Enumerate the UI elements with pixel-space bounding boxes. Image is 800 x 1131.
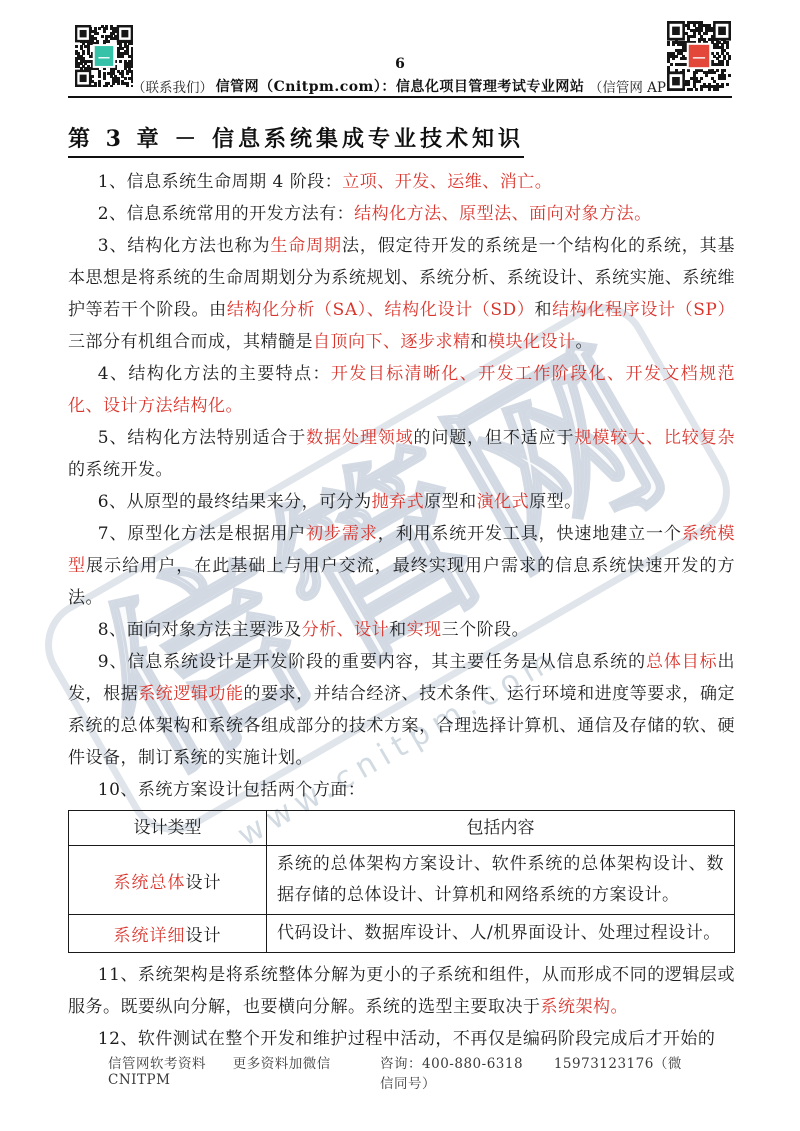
highlighted-term: 模块化设计 bbox=[488, 332, 576, 352]
text-run: 展示给用户，在此基础上与用户交流，最终实现用户需求的信息系统快速开发的方法。 bbox=[68, 556, 735, 608]
design-type-cell: 系统总体设计 bbox=[69, 846, 267, 915]
text-run: 的问题，但不适应于 bbox=[413, 428, 574, 448]
text-run: 三部分有机组合而成，其精髓是 bbox=[68, 332, 313, 352]
text-run: 5、结构化方法特别适合于 bbox=[98, 428, 306, 448]
text-run: 11、系统架构是将系统整体分解为更小的子系统和组件，从而形成不同的逻辑层或服务。… bbox=[68, 965, 735, 1017]
document-body: 第 3 章 － 信息系统集成专业技术知识 1、信息系统生命周期 4 阶段：立项、… bbox=[0, 0, 800, 1055]
highlighted-term: 结构化分析（SA）、结构化设计（SD） bbox=[227, 300, 535, 320]
paragraph-3: 3、结构化方法也称为生命周期法，假定待开发的系统是一个结构化的系统，其基本思想是… bbox=[68, 230, 735, 358]
text-run: 系统的总体架构方案设计、软件系统的总体架构设计、数据存储的总体设计、计算机和网络… bbox=[277, 854, 724, 905]
paragraph-4: 4、结构化方法的主要特点：开发目标清晰化、开发工作阶段化、开发文档规范化、设计方… bbox=[68, 358, 735, 422]
highlighted-term: 数据处理领域 bbox=[306, 428, 413, 448]
highlighted-term: 规模较大、比较复杂 bbox=[574, 428, 735, 448]
text-run: 7、原型化方法是根据用户 bbox=[98, 524, 306, 544]
text-run: 和 bbox=[534, 300, 552, 320]
design-types-table: 设计类型 包括内容 系统总体设计 系统的总体架构方案设计、软件系统的总体架构设计… bbox=[68, 810, 735, 953]
paragraph-8: 8、面向对象方法主要涉及分析、设计和实现三个阶段。 bbox=[68, 614, 735, 646]
text-run: 1、信息系统生命周期 4 阶段： bbox=[98, 172, 342, 192]
footer-right-block: 咨询：400-880-6318 15973123176（微信同号） bbox=[380, 1052, 692, 1092]
chapter-title: 第 3 章 － 信息系统集成专业技术知识 bbox=[68, 124, 524, 158]
included-content-cell: 系统的总体架构方案设计、软件系统的总体架构设计、数据存储的总体设计、计算机和网络… bbox=[267, 846, 735, 915]
text-run: 设计 bbox=[186, 926, 222, 946]
highlighted-term: 立项、开发、运维、消亡。 bbox=[342, 172, 552, 192]
highlighted-term: 自顶向下、逐步求精 bbox=[313, 332, 471, 352]
page-footer: 信管网软考资料 更多资料加微信 CNITPM 咨询：400-880-6318 1… bbox=[108, 1052, 692, 1092]
paragraph-1: 1、信息系统生命周期 4 阶段：立项、开发、运维、消亡。 bbox=[68, 166, 735, 198]
design-type-cell: 系统详细设计 bbox=[69, 915, 267, 953]
included-content-cell: 代码设计、数据库设计、人/机界面设计、处理过程设计。 bbox=[267, 915, 735, 953]
paragraph-10: 10、系统方案设计包括两个方面： bbox=[68, 774, 735, 806]
text-run: 三个阶段。 bbox=[442, 620, 530, 640]
paragraph-12: 12、软件测试在整个开发和维护过程中活动，不再仅是编码阶段完成后才开始的 bbox=[68, 1023, 735, 1055]
paragraph-9: 9、信息系统设计是开发阶段的重要内容，其主要任务是从信息系统的总体目标出发，根据… bbox=[68, 646, 735, 774]
text-run: 原型和 bbox=[424, 492, 477, 512]
text-run: 2、信息系统常用的开发方法有： bbox=[98, 204, 354, 224]
table-header-design-type: 设计类型 bbox=[69, 811, 267, 846]
table-header-included-content: 包括内容 bbox=[267, 811, 735, 846]
highlighted-term: 生命周期 bbox=[270, 236, 342, 256]
highlighted-term: 总体目标 bbox=[646, 652, 718, 672]
text-run: 9、信息系统设计是开发阶段的重要内容，其主要任务是从信息系统的 bbox=[98, 652, 646, 672]
footer-left-block: 信管网软考资料 更多资料加微信 CNITPM bbox=[108, 1052, 380, 1092]
text-run: 3、结构化方法也称为 bbox=[98, 236, 271, 256]
text-run: 4、结构化方法的主要特点： bbox=[98, 364, 331, 384]
text-run: 8、面向对象方法主要涉及 bbox=[98, 620, 302, 640]
text-run: 和 bbox=[389, 620, 407, 640]
text-run: ，利用系统开发工具，快速地建立一个 bbox=[378, 524, 682, 544]
highlighted-term: 系统总体 bbox=[114, 873, 186, 893]
footer-brand-text: 信管网软考资料 bbox=[108, 1056, 206, 1072]
highlighted-term: 结构化方法、原型法、面向对象方法。 bbox=[354, 204, 652, 224]
paragraph-6: 6、从原型的最终结果来分，可分为抛弃式原型和演化式原型。 bbox=[68, 486, 735, 518]
text-run: 原型。 bbox=[529, 492, 582, 512]
paragraphs-after-table: 11、系统架构是将系统整体分解为更小的子系统和组件，从而形成不同的逻辑层或服务。… bbox=[68, 959, 735, 1055]
highlighted-term: 分析、设计 bbox=[302, 620, 390, 640]
text-run: 。 bbox=[576, 332, 594, 352]
paragraph-5: 5、结构化方法特别适合于数据处理领域的问题，但不适应于规模较大、比较复杂的系统开… bbox=[68, 422, 735, 486]
document-page: （联系我们） 6 信管网（Cnitpm.com）：信息化项目管理考试专业网站 （… bbox=[0, 0, 800, 1131]
table-header-row: 设计类型 包括内容 bbox=[69, 811, 735, 846]
highlighted-term: 初步需求 bbox=[306, 524, 378, 544]
table-row-system-detailed-design: 系统详细设计 代码设计、数据库设计、人/机界面设计、处理过程设计。 bbox=[69, 915, 735, 953]
highlighted-term: 抛弃式 bbox=[372, 492, 425, 512]
table-row-system-overall-design: 系统总体设计 系统的总体架构方案设计、软件系统的总体架构设计、数据存储的总体设计… bbox=[69, 846, 735, 915]
paragraph-7: 7、原型化方法是根据用户初步需求，利用系统开发工具，快速地建立一个系统模型展示给… bbox=[68, 518, 735, 614]
text-run: 的系统开发。 bbox=[68, 460, 173, 480]
paragraphs-before-table: 1、信息系统生命周期 4 阶段：立项、开发、运维、消亡。2、信息系统常用的开发方… bbox=[68, 166, 735, 806]
paragraph-11: 11、系统架构是将系统整体分解为更小的子系统和组件，从而形成不同的逻辑层或服务。… bbox=[68, 959, 735, 1023]
paragraph-2: 2、信息系统常用的开发方法有：结构化方法、原型法、面向对象方法。 bbox=[68, 198, 735, 230]
text-run: 和 bbox=[471, 332, 489, 352]
text-run: 12、软件测试在整个开发和维护过程中活动，不再仅是编码阶段完成后才开始的 bbox=[98, 1029, 716, 1049]
text-run: 设计 bbox=[186, 873, 222, 893]
text-run: 10、系统方案设计包括两个方面： bbox=[98, 780, 366, 800]
footer-consult-phone: 咨询：400-880-6318 bbox=[380, 1056, 523, 1072]
highlighted-term: 结构化程序设计（SP） bbox=[552, 300, 735, 320]
highlighted-term: 系统逻辑功能 bbox=[138, 684, 243, 704]
highlighted-term: 实现 bbox=[407, 620, 442, 640]
highlighted-term: 演化式 bbox=[477, 492, 530, 512]
text-run: 代码设计、数据库设计、人/机界面设计、处理过程设计。 bbox=[277, 923, 721, 943]
highlighted-term: 系统架构。 bbox=[541, 997, 629, 1017]
highlighted-term: 系统详细 bbox=[114, 926, 186, 946]
text-run: 6、从原型的最终结果来分，可分为 bbox=[98, 492, 372, 512]
